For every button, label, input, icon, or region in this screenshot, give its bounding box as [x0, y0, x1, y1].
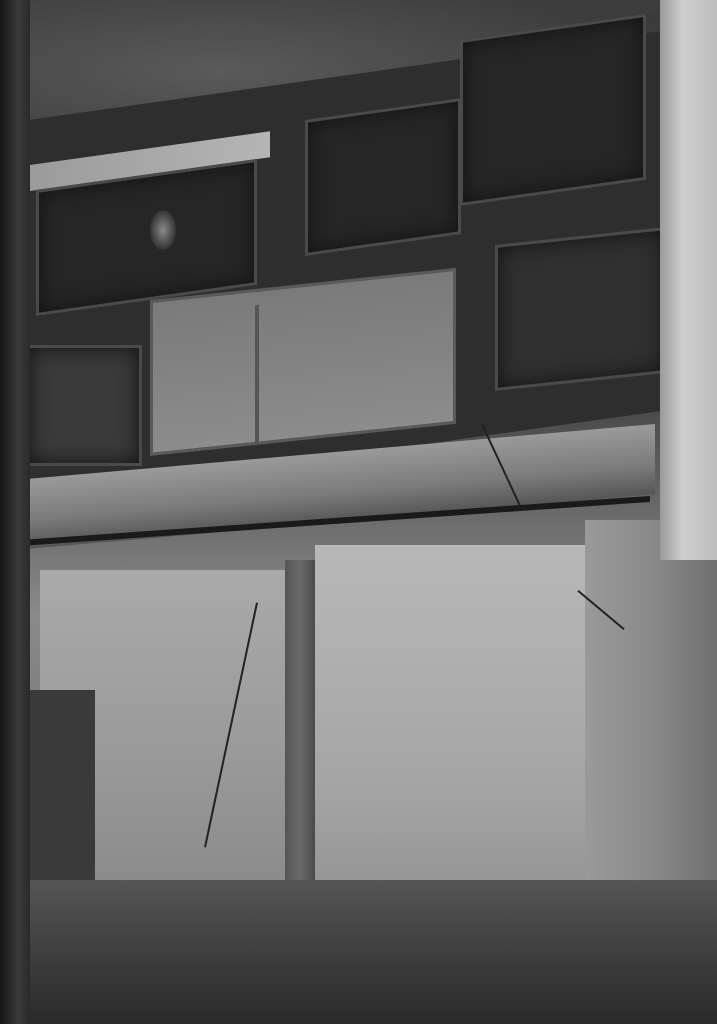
lower-panel-divider [285, 560, 315, 890]
damaged-plaster-left [25, 690, 95, 890]
middle-panels [150, 268, 456, 456]
right-pillar [660, 0, 717, 560]
wall-socle [25, 880, 717, 1024]
wall-photograph [0, 0, 717, 1024]
middle-panel-divider [255, 305, 259, 445]
painted-figure-head [150, 210, 176, 250]
fresco-panel-left [26, 345, 142, 466]
left-wall-edge [0, 0, 30, 1024]
lower-wall-edge [585, 520, 717, 940]
fresco-panel-upper-right [460, 14, 646, 206]
fresco-panel-right [495, 227, 666, 391]
fresco-panel-upper-center [305, 98, 461, 256]
